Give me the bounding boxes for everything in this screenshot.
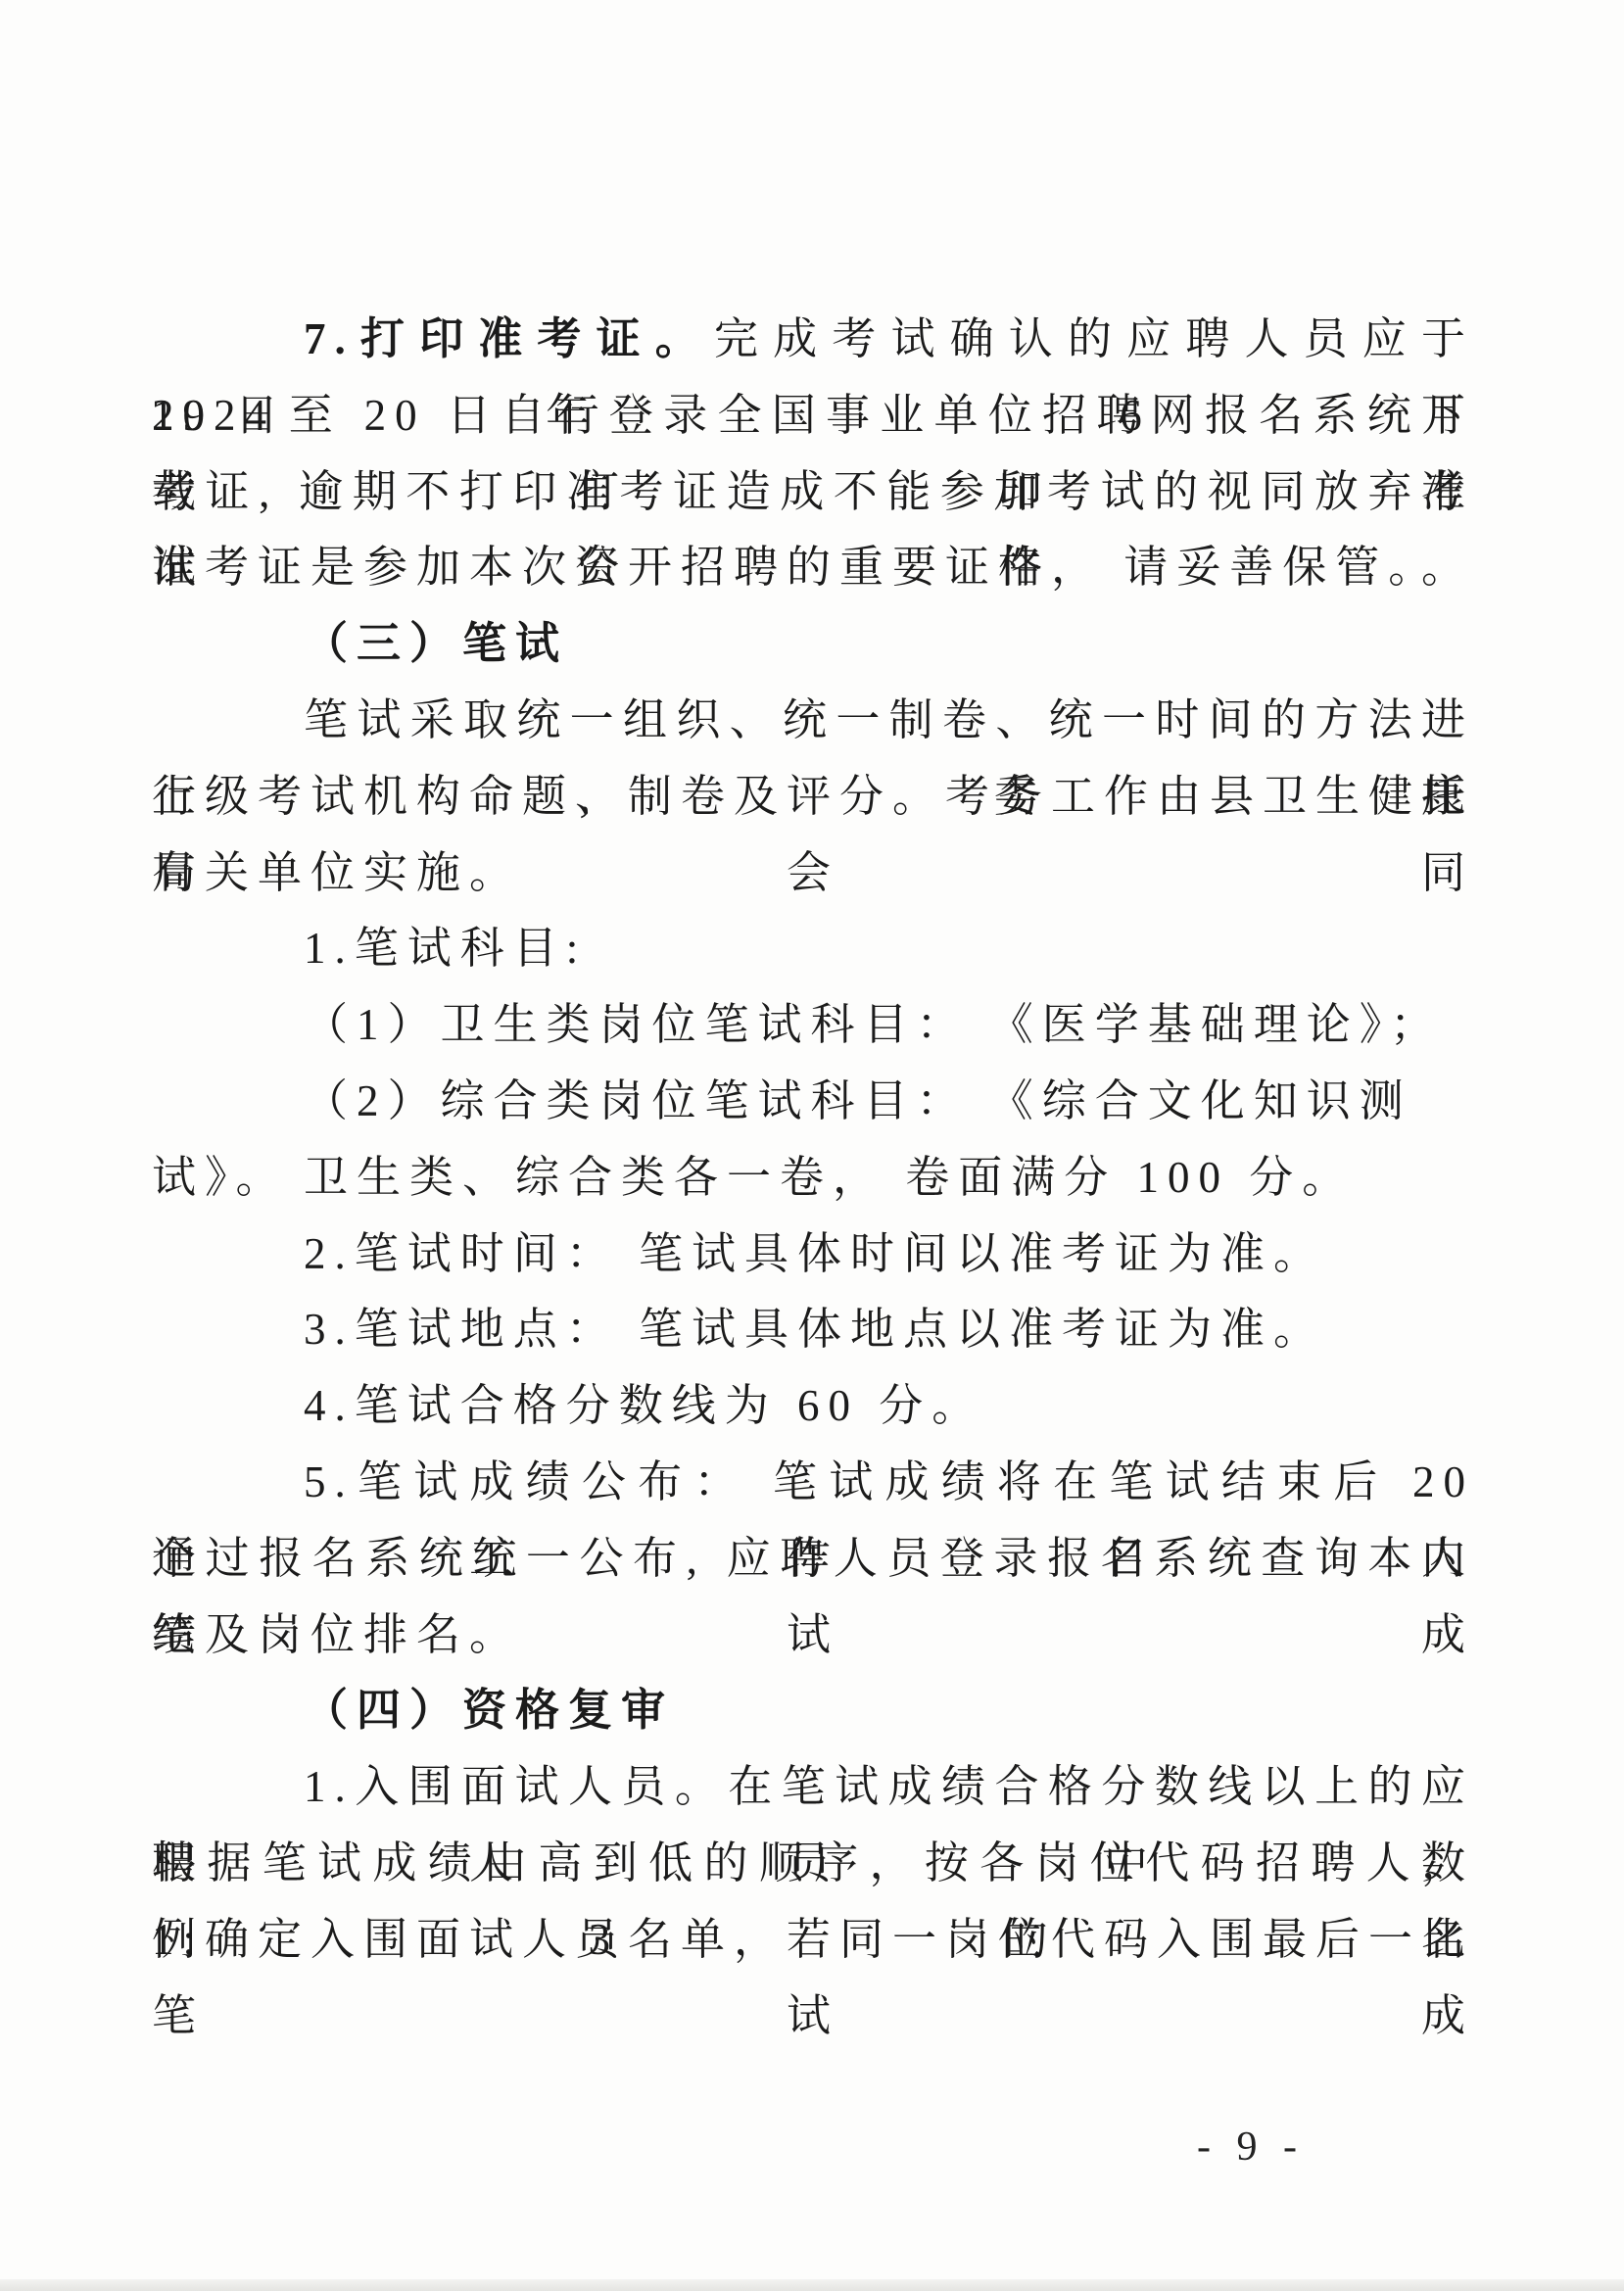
text-line: 1.笔试科目:	[152, 911, 1474, 987]
text-line: （2）综合类岗位笔试科目： 《综合文化知识测试》。	[152, 1064, 1474, 1140]
text-segment: 卫生类、综合类各一卷， 卷面满分 100 分。	[304, 1153, 1355, 1202]
scan-edge	[0, 2279, 1624, 2291]
text-line: 3.笔试地点： 笔试具体地点以准考证为准。	[152, 1292, 1474, 1368]
text-line: 准考证是参加本次公开招聘的重要证件， 请妥善保管。	[152, 530, 1474, 606]
text-line: 19 日至 20 日自行登录全国事业单位招聘网报名系统下载打印准	[152, 378, 1474, 454]
text-line: 上级考试机构命题、制卷及评分。考务工作由县卫生健康局会同	[152, 759, 1474, 835]
text-line: 笔试采取统一组织、统一制卷、统一时间的方法进行, 委托	[152, 683, 1474, 759]
document-page: 7.打印准考证。完成考试确认的应聘人员应于 2024 年 6 月 19 日至 2…	[0, 0, 1624, 2291]
text-segment: 例确定入围面试人员名单，若同一岗位代码入围最后一名笔试成	[152, 1915, 1474, 2040]
text-line: 7.打印准考证。完成考试确认的应聘人员应于 2024 年 6 月	[152, 302, 1474, 378]
text-line: 卫生类、综合类各一卷， 卷面满分 100 分。	[152, 1140, 1474, 1217]
bold-segment: （三）笔试	[304, 619, 568, 668]
text-line: 通过报名系统统一公布, 应聘人员登录报名系统查询本人笔试成	[152, 1521, 1474, 1598]
bold-segment: （四）资格复审	[304, 1686, 674, 1735]
text-segment: 绩及岗位排名。	[152, 1610, 522, 1659]
text-line: 考证, 逾期不打印准考证造成不能参加考试的视同放弃考试资格。	[152, 454, 1474, 531]
bold-segment: 7.打印准考证。	[304, 314, 714, 363]
text-line: 例确定入围面试人员名单，若同一岗位代码入围最后一名笔试成	[152, 1902, 1474, 1979]
text-line: 5.笔试成绩公布： 笔试成绩将在笔试结束后 20 个工作日内	[152, 1445, 1474, 1521]
text-line: 根据笔试成绩由高到低的顺序，按各岗位代码招聘人数 1: 3 的比	[152, 1826, 1474, 1902]
section-heading: （四）资格复审	[152, 1673, 1474, 1749]
text-line: （1）卫生类岗位笔试科目： 《医学基础理论》；	[152, 987, 1474, 1064]
text-segment: 有关单位实施。	[152, 848, 522, 897]
page-number: - 9 -	[1197, 2124, 1305, 2171]
text-segment: 1.笔试科目:	[304, 924, 587, 973]
text-segment: （1）卫生类岗位笔试科目： 《医学基础理论》；	[304, 1000, 1443, 1049]
text-line: 2.笔试时间： 笔试具体时间以准考证为准。	[152, 1217, 1474, 1293]
text-line: 4.笔试合格分数线为 60 分。	[152, 1368, 1474, 1445]
text-segment: 3.笔试地点： 笔试具体地点以准考证为准。	[304, 1305, 1326, 1354]
document-body: 7.打印准考证。完成考试确认的应聘人员应于 2024 年 6 月 19 日至 2…	[152, 302, 1474, 1979]
text-segment: 准考证是参加本次公开招聘的重要证件， 请妥善保管。	[152, 543, 1441, 592]
text-line: 1.入围面试人员。在笔试成绩合格分数线以上的应聘人员中，	[152, 1749, 1474, 1826]
text-segment: 4.笔试合格分数线为 60 分。	[304, 1381, 984, 1430]
text-segment: 2.笔试时间： 笔试具体时间以准考证为准。	[304, 1229, 1326, 1278]
section-heading: （三）笔试	[152, 606, 1474, 683]
